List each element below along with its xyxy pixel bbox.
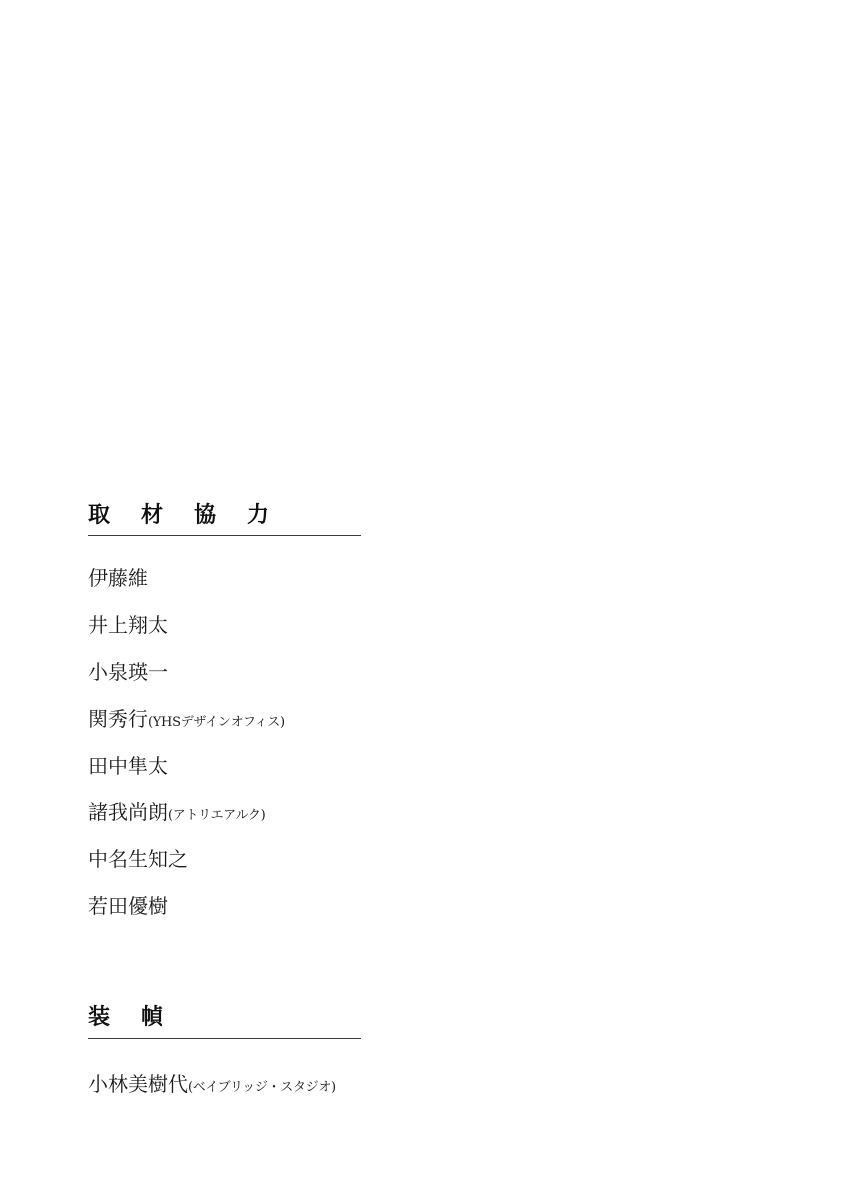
credit-name: 田中隼太 [88,754,168,778]
heading-char: 装 [88,1006,141,1030]
person-name: 小泉瑛一 [88,660,168,684]
credit-name: 小泉瑛一 [88,660,168,684]
credit-name: 中名生知之 [88,847,188,871]
credit-name: 若田優樹 [88,894,168,918]
person-name: 田中隼太 [88,754,168,778]
credit-name: 伊藤維 [88,566,148,590]
section-divider [88,535,361,536]
section-heading: 取材協力 [88,504,361,528]
person-name: 小林美樹代 [88,1072,188,1096]
person-name: 関秀行 [88,707,148,731]
person-name: 伊藤維 [88,566,148,590]
person-name: 井上翔太 [88,613,168,637]
section-heading: 装幀 [88,1006,361,1030]
person-name: 若田優樹 [88,894,168,918]
credits-section-cooperation: 取材協力 伊藤維 井上翔太 小泉瑛一 関秀行(YHSデザインオフィス) 田中隼太… [88,504,361,536]
credit-name: 関秀行(YHSデザインオフィス) [88,707,285,735]
heading-char: 協 [194,504,247,528]
credit-name: 諸我尚朗(アトリエアルク) [88,800,265,828]
affiliation: (ベイブリッジ・スタジオ) [188,1080,336,1095]
affiliation: (アトリエアルク) [168,808,265,823]
credit-name: 井上翔太 [88,613,168,637]
heading-char: 力 [247,504,269,528]
heading-char: 材 [141,504,194,528]
person-name: 中名生知之 [88,847,188,871]
heading-char: 取 [88,504,141,528]
credit-name: 小林美樹代(ベイブリッジ・スタジオ) [88,1072,336,1100]
affiliation: (YHSデザインオフィス) [148,715,285,730]
person-name: 諸我尚朗 [88,800,168,824]
section-divider [88,1038,361,1039]
credits-section-design: 装幀 小林美樹代(ベイブリッジ・スタジオ) [88,1006,361,1039]
heading-char: 幀 [141,1006,163,1030]
